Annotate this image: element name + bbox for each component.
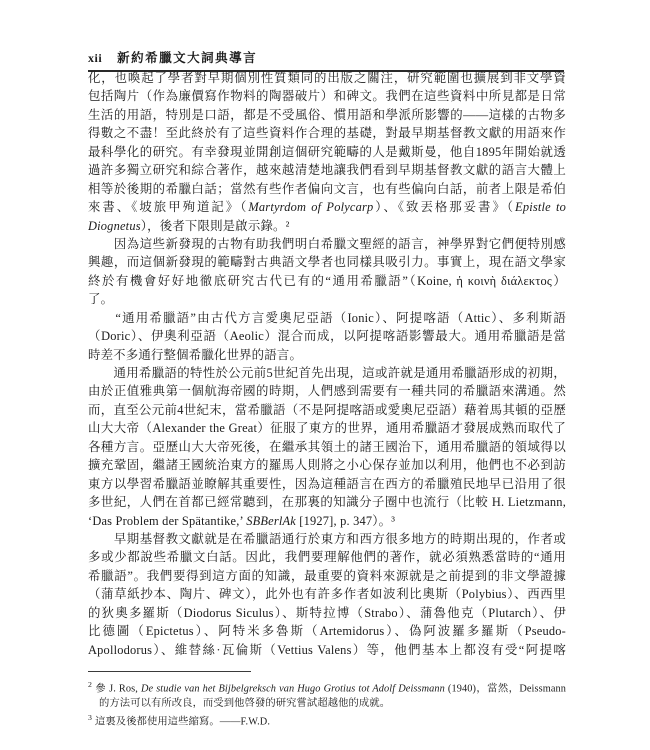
book-page: xii 新約希臘文大詞典導言 化，也喚起了學者對早期個別性質類同的出版之關注，研… [0,0,650,750]
text-line: 生活的用語，特別是口語，都是不受風俗、慣用語和學派所影響的——這樣的古物多 [88,106,566,124]
footnote-text: 這裏及後都使用這些縮寫。——F.W.D. [95,716,270,727]
text-line: 希臘語”。我們要得到這方面的知識，最重要的資料來源就是之前提到的非文學證據 [88,567,566,585]
text-line: 東方以學習希臘語並瞭解其重要性，因為這種語言在西方的希臘殖民地早已沿用了很 [88,475,566,493]
text-line: （蒲草紙抄本、陶片、碑文），此外也有許多作者如波利比奧斯（Polybius）、西… [88,585,566,603]
text-line: Diognetus），後者下限則是啟示錄。² [88,217,566,235]
text-line: 興趣，而這個新發現的範疇對古典語文學者也同樣具吸引力。事實上，現在語文學家 [88,253,566,271]
text-line: 時差不多通行整個希臘化世界的語言。 [88,346,566,364]
text-line: 比德圖（Epictetus）、阿特米多魯斯（Artemidorus）、偽阿波羅多… [88,622,566,640]
body-text: 化，也喚起了學者對早期個別性質類同的出版之關注，研究範圍也擴展到非文學資料， 包… [88,69,566,659]
text-line: 山大大帝（Alexander the Great）征服了東方的世界，通用希臘語才… [88,419,566,437]
footnote-separator [88,671,251,672]
text-line: 包括陶片（作為廉價寫作物料的陶器破片）和碑文。我們在這些資料中所見都是日常 [88,87,566,105]
footnote: 2參 J. Ros, De studie van het Bijbelgreks… [88,678,566,711]
text-line: 終於有機會好好地徹底研究古代已有的“通用希臘語”（Koine, ἡ κοινὴ … [88,272,566,290]
footnotes-section: 2參 J. Ros, De studie van het Bijbelgreks… [88,671,566,730]
text-line: “通用希臘語”由古代方言愛奧尼亞語（Ionic）、阿提喀語（Attic）、多利斯… [88,309,566,327]
text-line: 了。 [88,290,566,308]
text-line: 早期基督教文獻就是在希臘語通行於東方和西方很多地方的時期出現的，作者或 [88,530,566,548]
text-line: （Doric）、伊奧利亞語（Aeolic）混合而成，以阿提喀語影響最大。通用希臘… [88,327,566,345]
text-line: 最科學化的研究。有幸發現並開創這個研究範疇的人是戴斯曼，他自1895年開始就透 [88,143,566,161]
text-line: 的狄奧多羅斯（Diodorus Siculus）、斯特拉博（Strabo）、蒲魯… [88,604,566,622]
text-line: 因為這些新發現的古物有助我們明白希臘文聖經的語言，神學界對它們便特別感 [88,235,566,253]
text-line: 多世紀，人們在首都已經常聽到，在那裏的知識分子圈中也流行（比較 H. Lietz… [88,493,566,511]
text-line: 擴充鞏固，繼諸王國統治東方的羅馬人則將之小心保存並加以利用，他們也不必到訪 [88,456,566,474]
text-line: 來書、《坡旅甲殉道記》（Martyrdom of Polycarp）、《致丟格那… [88,198,566,216]
footnote: 3這裏及後都使用這些縮寫。——F.W.D. [88,711,566,730]
page-number: xii [88,51,102,66]
footnote-marker: 3 [88,713,92,722]
text-line: 化，也喚起了學者對早期個別性質類同的出版之關注，研究範圍也擴展到非文學資料， [88,69,566,87]
text-line: 相等於後期的希臘白話；當然有些作者偏向文言，也有些偏向白話，前者上限是希伯 [88,180,566,198]
text-line: 得數之不盡！至此終於有了這些資料作合理的基礎，對最早期基督教文獻的用語來作 [88,124,566,142]
text-line: 而，直至公元前4世紀末，當希臘語（不是阿提喀語或愛奧尼亞語）藉着馬其頓的亞歷 [88,401,566,419]
footnote-marker: 2 [88,680,92,689]
text-line: ‘Das Problem der Spätantike,’ SBBerlAk [… [88,512,566,530]
page-title: 新約希臘文大詞典導言 [117,48,257,66]
text-line: 由於正值雅典第一個航海帝國的時期，人們感到需要有一種共同的希臘語來溝通。然 [88,382,566,400]
text-line: 各種方言。亞歷山大大帝死後，在繼承其領土的諸王國治下，通用希臘語的領域得以 [88,438,566,456]
text-line: Apollodorus）、維替絲·瓦倫斯（Vettius Valens）等，他們… [88,641,566,659]
text-line: 過許多獨立研究和綜合著作，越來越清楚地讓我們看到早期基督教文獻的語言大體上 [88,161,566,179]
footnote-text: 參 J. Ros, De studie van het Bijbelgreksc… [95,683,566,708]
text-line: 通用希臘語的特性於公元前5世紀首先出現，這或許就是通用希臘語形成的初期， [88,364,566,382]
text-line: 多或少都說些希臘文白話。因此，我們要理解他們的著作，就必須熟悉當時的“通用 [88,548,566,566]
